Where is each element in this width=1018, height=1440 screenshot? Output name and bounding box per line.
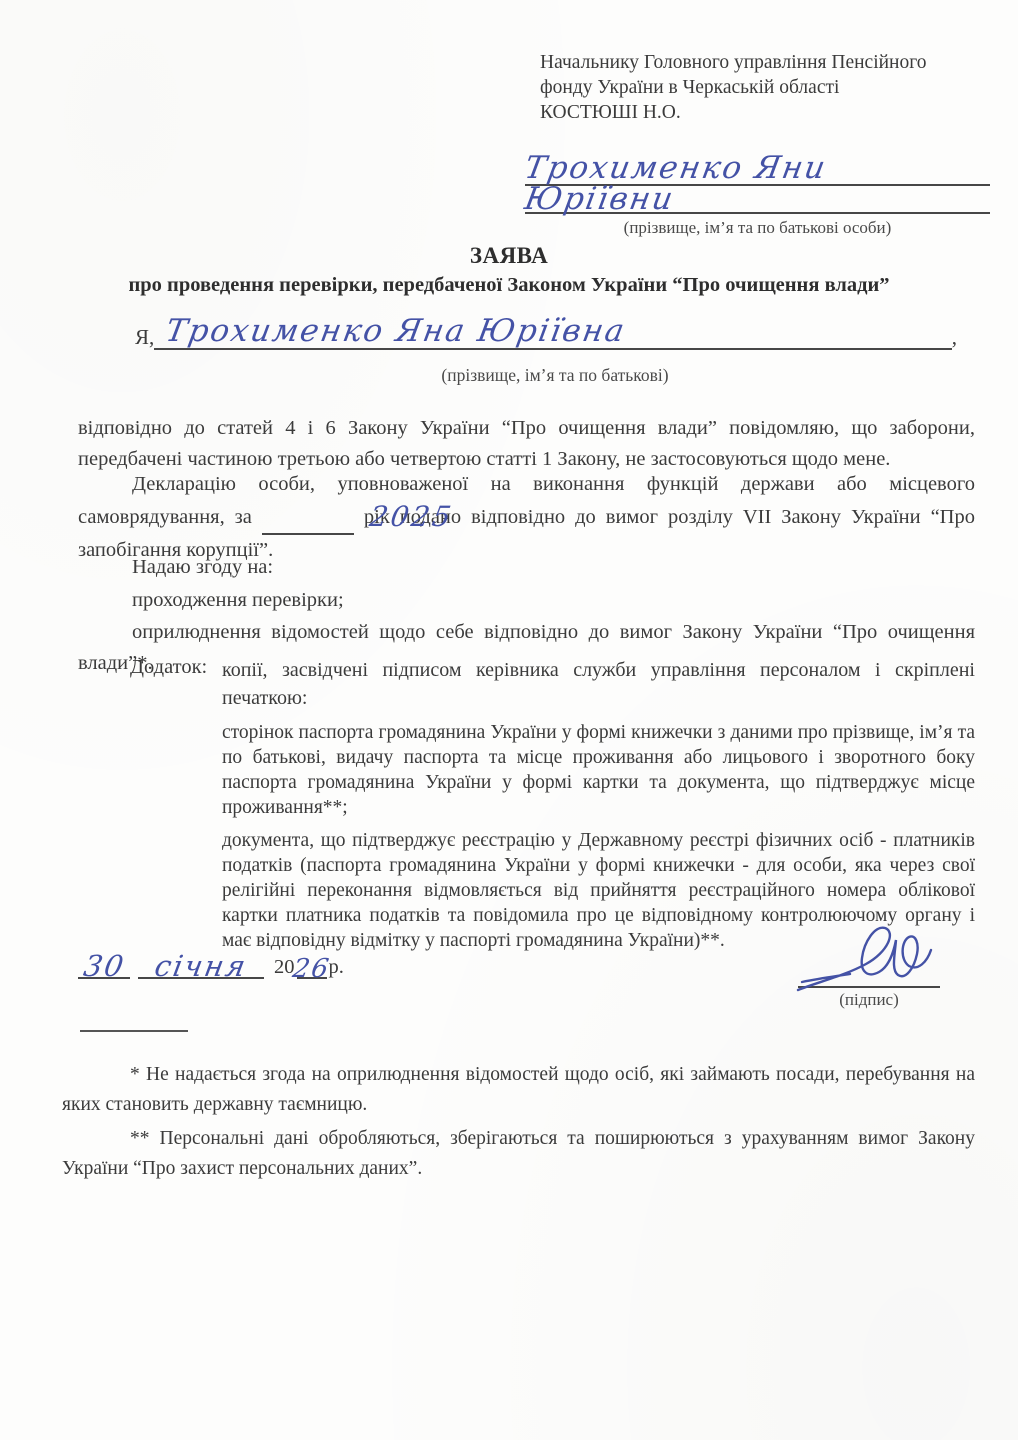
handwritten-declaration-year: 2025 <box>313 503 455 531</box>
applicant-suffix: , <box>952 325 957 350</box>
handwritten-full-name: Трохименко Яна Юріївна <box>164 316 629 347</box>
attachment-label: Додаток: <box>130 656 207 679</box>
recipient-line: Начальнику Головного управління Пенсійно… <box>540 50 985 75</box>
date-month-blank: січня <box>138 948 264 979</box>
applicant-name-underline: Трохименко Яна Юріївна <box>154 316 951 350</box>
handwritten-day: 30 <box>81 952 127 981</box>
paragraph-consent-check: проходження перевірки; <box>78 585 975 616</box>
recipient-line: фонду України в Черкаській області <box>540 75 985 100</box>
name-underline-1: Трохименко Яни <box>525 138 990 186</box>
applicant-line: Я, Трохименко Яна Юріївна , <box>135 316 957 350</box>
footnote-personal-data: ** Персональні дані обробляються, зберіг… <box>62 1124 975 1184</box>
date-day-blank: 30 <box>78 948 130 979</box>
recipient-block: Начальнику Головного управління Пенсійно… <box>540 50 985 125</box>
handwritten-patronymic: Юріївни <box>522 184 677 215</box>
attachment-intro: копії, засвідчені підписом керівника слу… <box>222 656 975 712</box>
footnote-separator <box>80 1030 188 1032</box>
scanned-application-document: Начальнику Головного управління Пенсійно… <box>0 0 1018 1440</box>
attachment-body: копії, засвідчені підписом керівника слу… <box>222 656 975 953</box>
title-block: ЗАЯВА про проведення перевірки, передбач… <box>0 243 1018 297</box>
date-line: 30 січня 20 26 р. <box>78 948 344 979</box>
signature-icon <box>792 920 942 998</box>
paragraph-lustration-statement: відповідно до статей 4 і 6 Закону Україн… <box>78 413 975 475</box>
applicant-name-field-top: Трохименко Яни Юріївни (прізвище, ім’я т… <box>525 138 990 238</box>
attachment-item-passport: сторінок паспорта громадянина України у … <box>222 720 975 820</box>
declaration-year-blank: 2025 <box>262 500 354 535</box>
handwritten-surname-firstname: Трохименко Яни <box>522 153 829 184</box>
applicant-prefix: Я, <box>135 325 154 350</box>
paragraph-consent-header: Надаю згоду на: <box>78 552 975 583</box>
applicant-line-caption: (прізвище, ім’я та по батькові) <box>140 365 970 386</box>
handwritten-month: січня <box>153 952 250 981</box>
document-subtitle: про проведення перевірки, передбаченої З… <box>0 274 1018 297</box>
signature-underline <box>798 928 940 988</box>
recipient-line: КОСТЮШІ Н.О. <box>540 100 985 125</box>
attachment-section: Додаток: копії, засвідчені підписом кері… <box>78 656 975 953</box>
name-underline-2: Юріївни <box>525 186 990 214</box>
footnote-state-secret: * Не надається згода на оприлюднення від… <box>62 1060 975 1120</box>
signature-block: (підпис) <box>798 928 940 1010</box>
name-field-caption: (прізвище, ім’я та по батькові особи) <box>525 214 990 238</box>
handwritten-year: 26 <box>291 956 333 982</box>
document-title: ЗАЯВА <box>0 243 1018 269</box>
date-year-blank: 26 <box>297 951 327 979</box>
